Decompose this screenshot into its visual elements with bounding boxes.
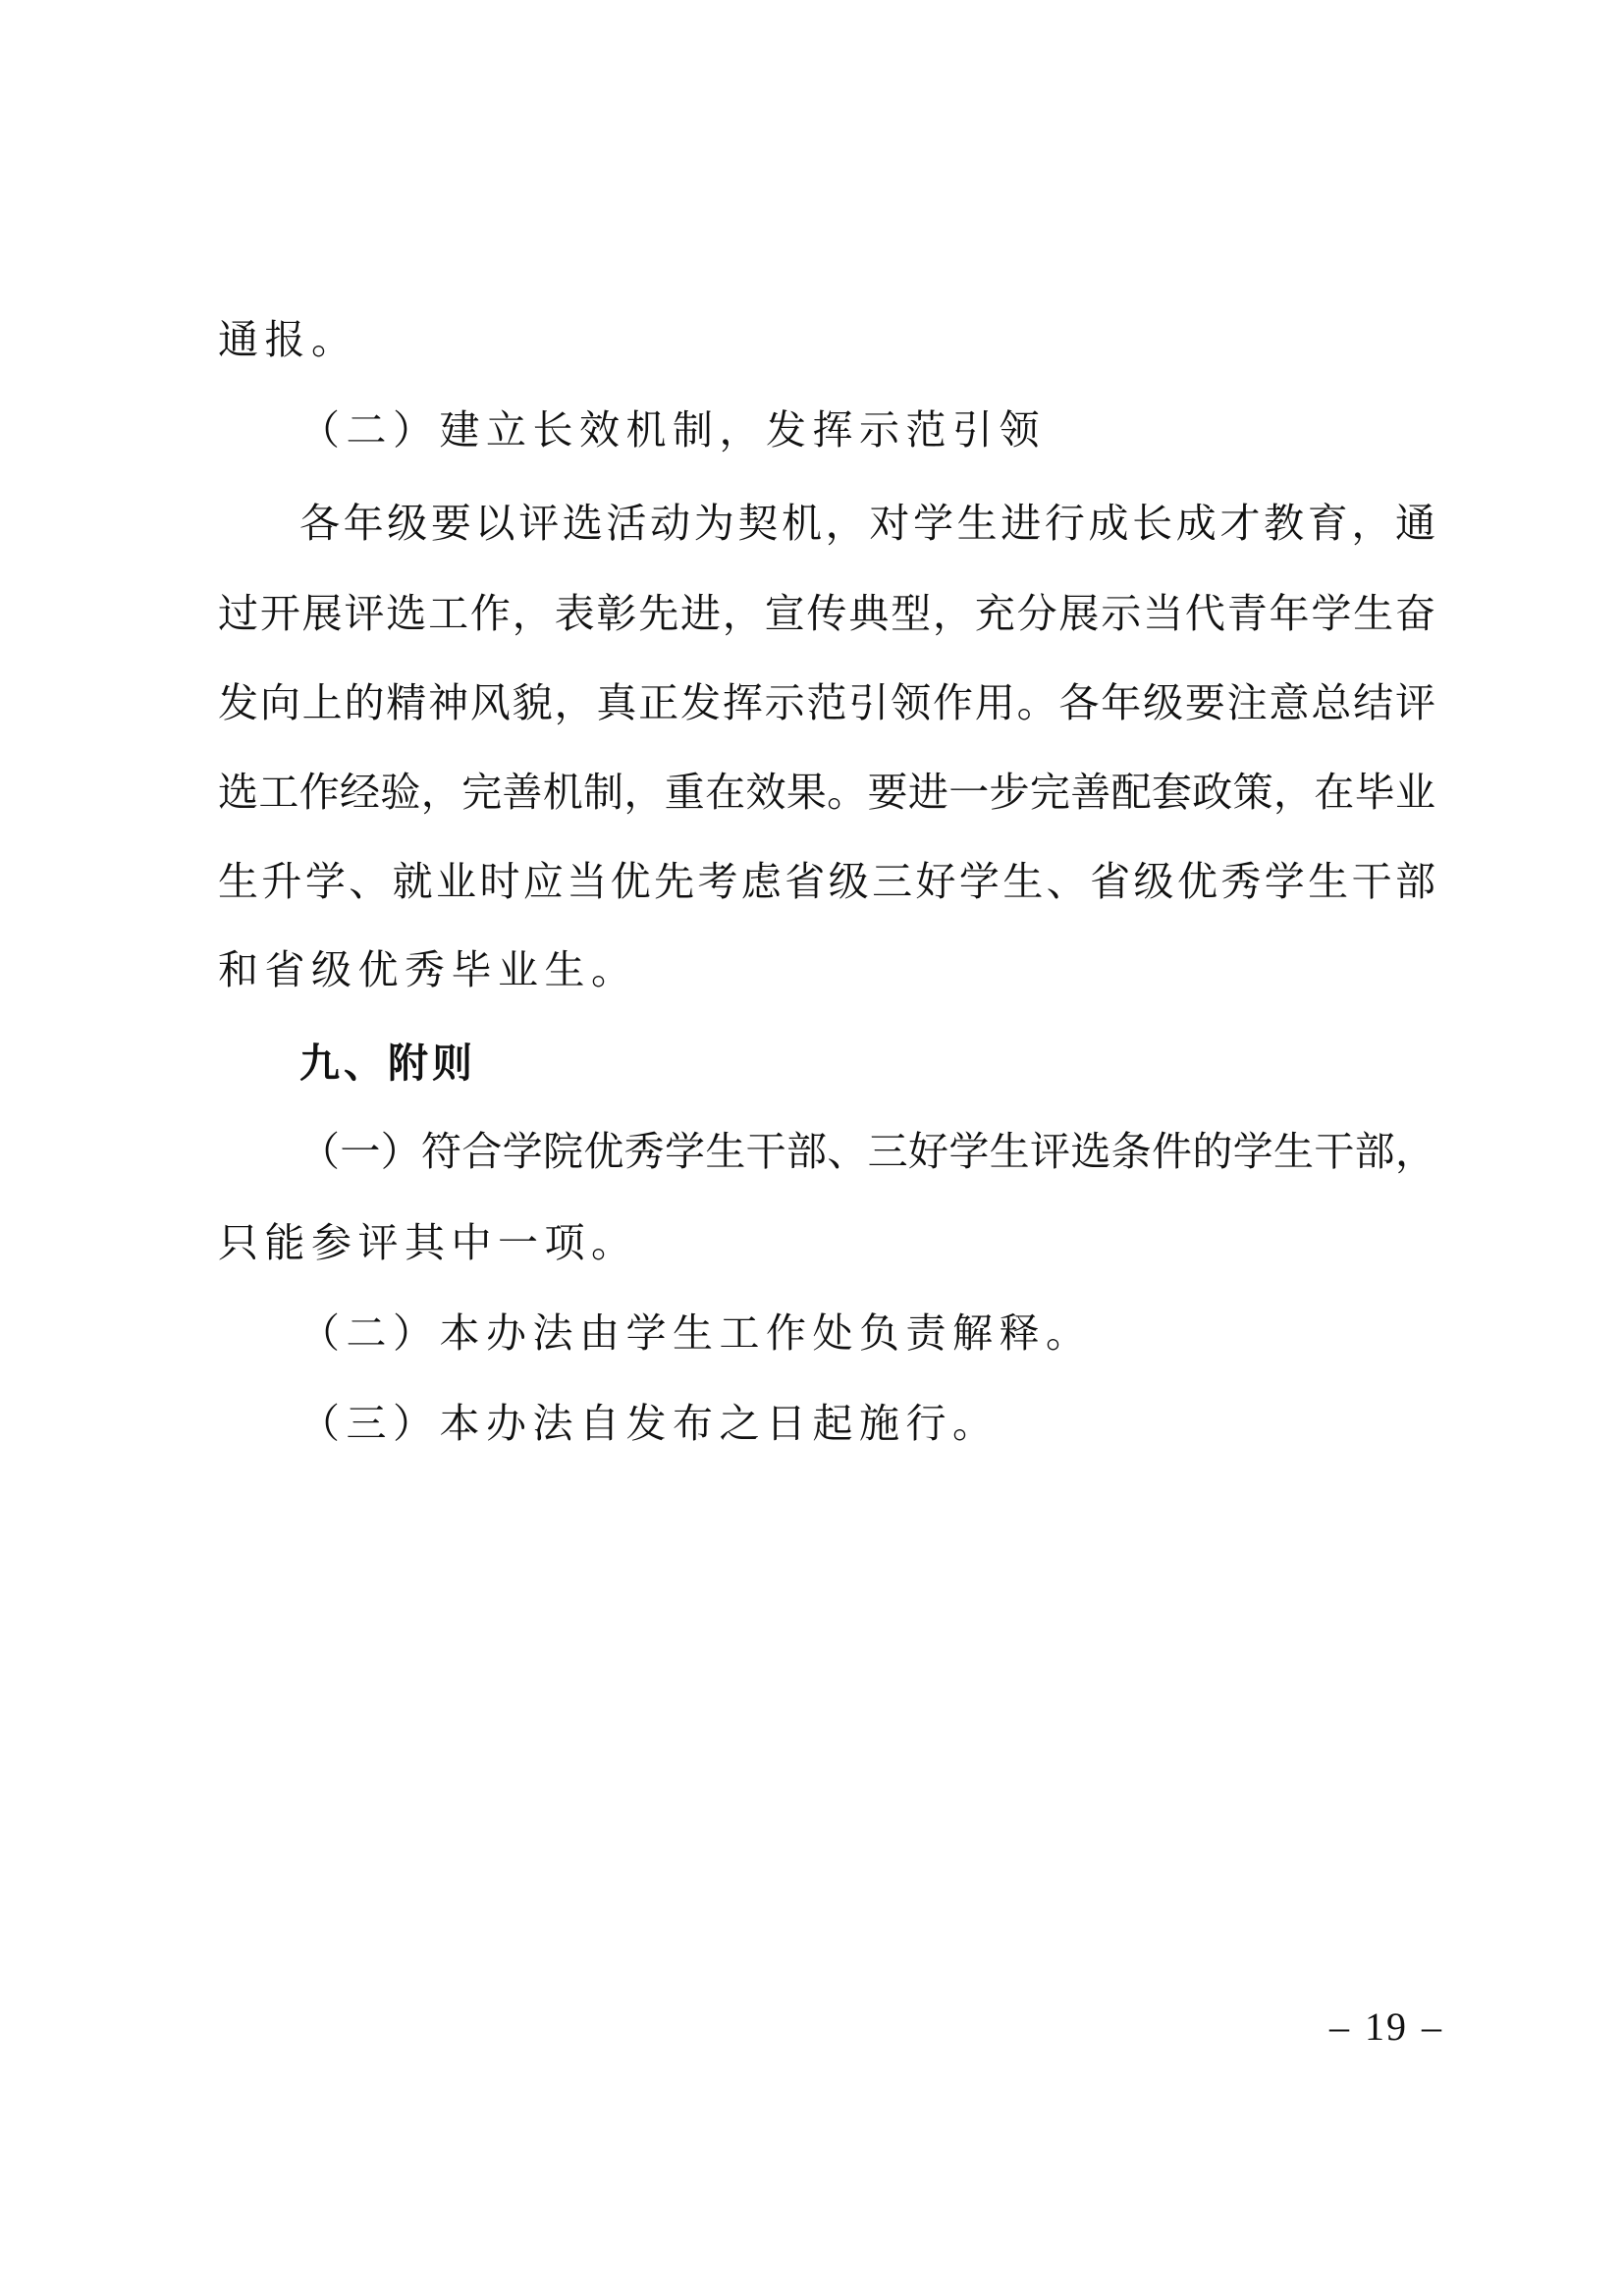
- clause-1-line: （一）符合学院优秀学生干部、三好学生评选条件的学生干部，: [299, 1124, 1435, 1179]
- paragraph-line: 和省级优秀毕业生。: [218, 942, 638, 997]
- document-page: 通报。 （二）建立长效机制，发挥示范引领 各年级要以评选活动为契机，对学生进行成…: [0, 0, 1623, 2296]
- clause-2: （二）本办法由学生工作处负责解释。: [299, 1306, 1093, 1361]
- paragraph-line: 生升学、就业时应当优先考虑省级三好学生、省级优秀学生干部: [218, 854, 1435, 909]
- clause-3: （三）本办法自发布之日起施行。: [299, 1396, 1000, 1451]
- paragraph-line: 过开展评选工作，表彰先进，宣传典型，充分展示当代青年学生奋: [218, 586, 1435, 641]
- page-number: –19–: [1316, 2002, 1457, 2052]
- page-number-dash-left: –: [1329, 2002, 1351, 2052]
- paragraph-line: 发向上的精神风貌，真正发挥示范引领作用。各年级要注意总结评: [218, 675, 1435, 730]
- paragraph-line: 选工作经验，完善机制，重在效果。要进一步完善配套政策，在毕业: [218, 765, 1435, 820]
- page-number-dash-right: –: [1422, 2002, 1443, 2052]
- paragraph-continuation: 通报。: [218, 312, 358, 367]
- clause-1-line: 只能参评其中一项。: [218, 1215, 638, 1270]
- section-heading-appendix: 九、附则: [299, 1036, 476, 1091]
- subsection-heading-2: （二）建立长效机制，发挥示范引领: [299, 402, 1046, 457]
- paragraph-line: 各年级要以评选活动为契机，对学生进行成长成才教育，通: [299, 496, 1435, 551]
- page-number-value: 19: [1365, 2004, 1408, 2049]
